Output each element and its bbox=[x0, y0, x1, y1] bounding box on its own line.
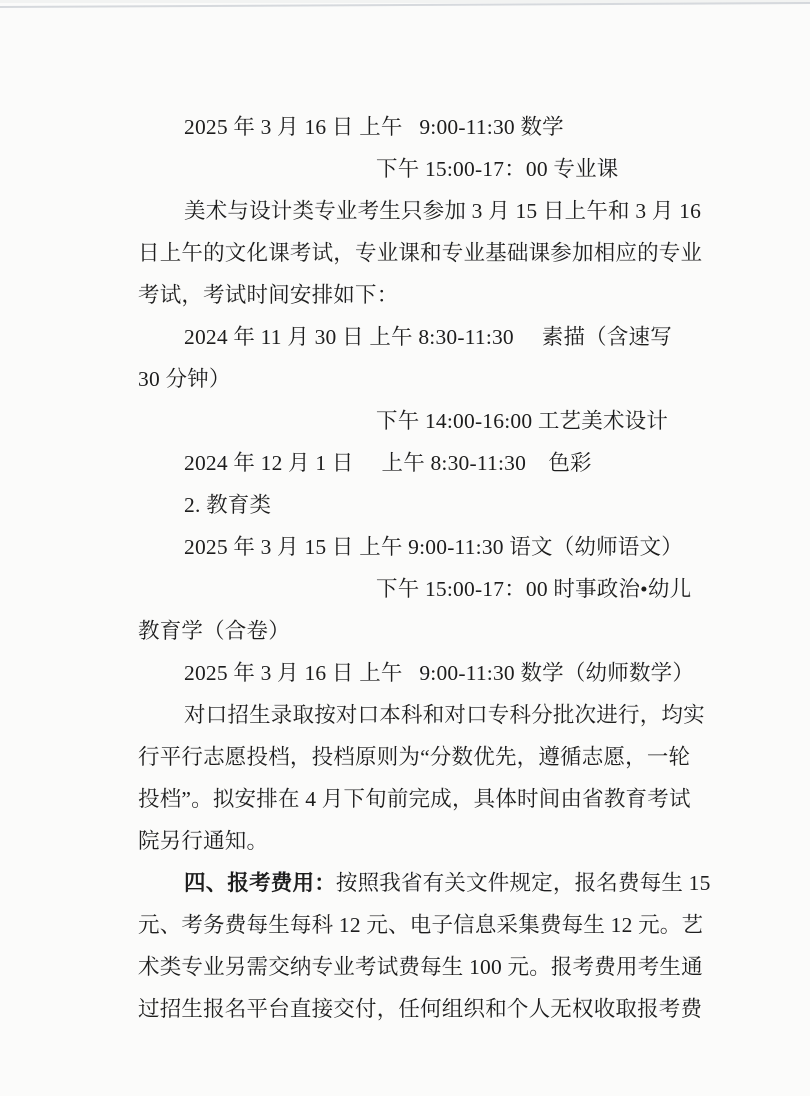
text-run: 行平行志愿投档，投档原则为“分数优先，遵循志愿，一轮 bbox=[138, 745, 690, 769]
text-line: 2025 年 3 月 16 日 上午 9:00-11:30 数学（幼师数学） bbox=[138, 652, 704, 694]
text-line: 2. 教育类 bbox=[138, 484, 704, 526]
bold-heading-run: 四、报考费用： bbox=[184, 871, 336, 895]
text-line: 日上午的文化课考试，专业课和专业基础课参加相应的专业 bbox=[138, 232, 704, 274]
text-run: 2025 年 3 月 16 日 上午 9:00-11:30 数学（幼师数学） bbox=[184, 661, 694, 685]
text-run: 院另行通知。 bbox=[138, 829, 268, 853]
text-line: 下午 15:00-17：00 时事政治•幼儿 bbox=[138, 568, 704, 610]
text-run: 2025 年 3 月 16 日 上午 9:00-11:30 数学 bbox=[184, 115, 564, 139]
text-line: 下午 15:00-17：00 专业课 bbox=[138, 148, 704, 190]
text-run: 教育学（合卷） bbox=[138, 619, 290, 643]
text-run: 对口招生录取按对口本科和对口专科分批次进行，均实 bbox=[184, 703, 705, 727]
text-line: 行平行志愿投档，投档原则为“分数优先，遵循志愿，一轮 bbox=[138, 736, 704, 778]
text-line: 对口招生录取按对口本科和对口专科分批次进行，均实 bbox=[138, 694, 704, 736]
text-run: 术类专业另需交纳专业考试费每生 100 元。报考费用考生通 bbox=[138, 955, 703, 979]
text-line: 考试，考试时间安排如下： bbox=[138, 274, 704, 316]
text-run: 投档”。拟安排在 4 月下旬前完成，具体时间由省教育考试 bbox=[138, 787, 691, 811]
text-run: 30 分钟） bbox=[138, 367, 231, 391]
text-line: 2024 年 12 月 1 日 上午 8:30-11:30 色彩 bbox=[138, 442, 704, 484]
text-line: 过招生报名平台直接交付，任何组织和个人无权收取报考费 bbox=[138, 988, 704, 1030]
text-run: 下午 14:00-16:00 工艺美术设计 bbox=[376, 409, 668, 433]
text-run: 过招生报名平台直接交付，任何组织和个人无权收取报考费 bbox=[138, 997, 702, 1021]
document-body: 2025 年 3 月 16 日 上午 9:00-11:30 数学下午 15:00… bbox=[138, 106, 704, 1030]
text-line: 下午 14:00-16:00 工艺美术设计 bbox=[138, 400, 704, 442]
text-line: 美术与设计类专业考生只参加 3 月 15 日上午和 3 月 16 bbox=[138, 190, 704, 232]
text-line: 术类专业另需交纳专业考试费每生 100 元。报考费用考生通 bbox=[138, 946, 704, 988]
text-run: 元、考务费每生每科 12 元、电子信息采集费每生 12 元。艺 bbox=[138, 913, 703, 937]
text-run: 考试，考试时间安排如下： bbox=[138, 283, 398, 307]
text-run: 2024 年 12 月 1 日 上午 8:30-11:30 色彩 bbox=[184, 451, 592, 475]
text-line: 2025 年 3 月 16 日 上午 9:00-11:30 数学 bbox=[138, 106, 704, 148]
text-run: 2024 年 11 月 30 日 上午 8:30-11:30 素描（含速写 bbox=[184, 325, 672, 349]
text-run: 下午 15:00-17：00 时事政治•幼儿 bbox=[376, 577, 691, 601]
text-line: 教育学（合卷） bbox=[138, 610, 704, 652]
text-run: 2. 教育类 bbox=[184, 493, 271, 517]
text-run: 2025 年 3 月 15 日 上午 9:00-11:30 语文（幼师语文） bbox=[184, 535, 683, 559]
text-line: 2024 年 11 月 30 日 上午 8:30-11:30 素描（含速写 bbox=[138, 316, 704, 358]
text-line: 院另行通知。 bbox=[138, 820, 704, 862]
text-run: 日上午的文化课考试，专业课和专业基础课参加相应的专业 bbox=[138, 241, 702, 265]
text-line: 投档”。拟安排在 4 月下旬前完成，具体时间由省教育考试 bbox=[138, 778, 704, 820]
text-line: 30 分钟） bbox=[138, 358, 704, 400]
text-line: 元、考务费每生每科 12 元、电子信息采集费每生 12 元。艺 bbox=[138, 904, 704, 946]
text-line: 2025 年 3 月 15 日 上午 9:00-11:30 语文（幼师语文） bbox=[138, 526, 704, 568]
text-run: 下午 15:00-17：00 专业课 bbox=[376, 157, 618, 181]
text-line: 四、报考费用：按照我省有关文件规定，报名费每生 15 bbox=[138, 862, 704, 904]
text-run: 美术与设计类专业考生只参加 3 月 15 日上午和 3 月 16 bbox=[184, 199, 701, 223]
text-run: 按照我省有关文件规定，报名费每生 15 bbox=[336, 871, 711, 895]
